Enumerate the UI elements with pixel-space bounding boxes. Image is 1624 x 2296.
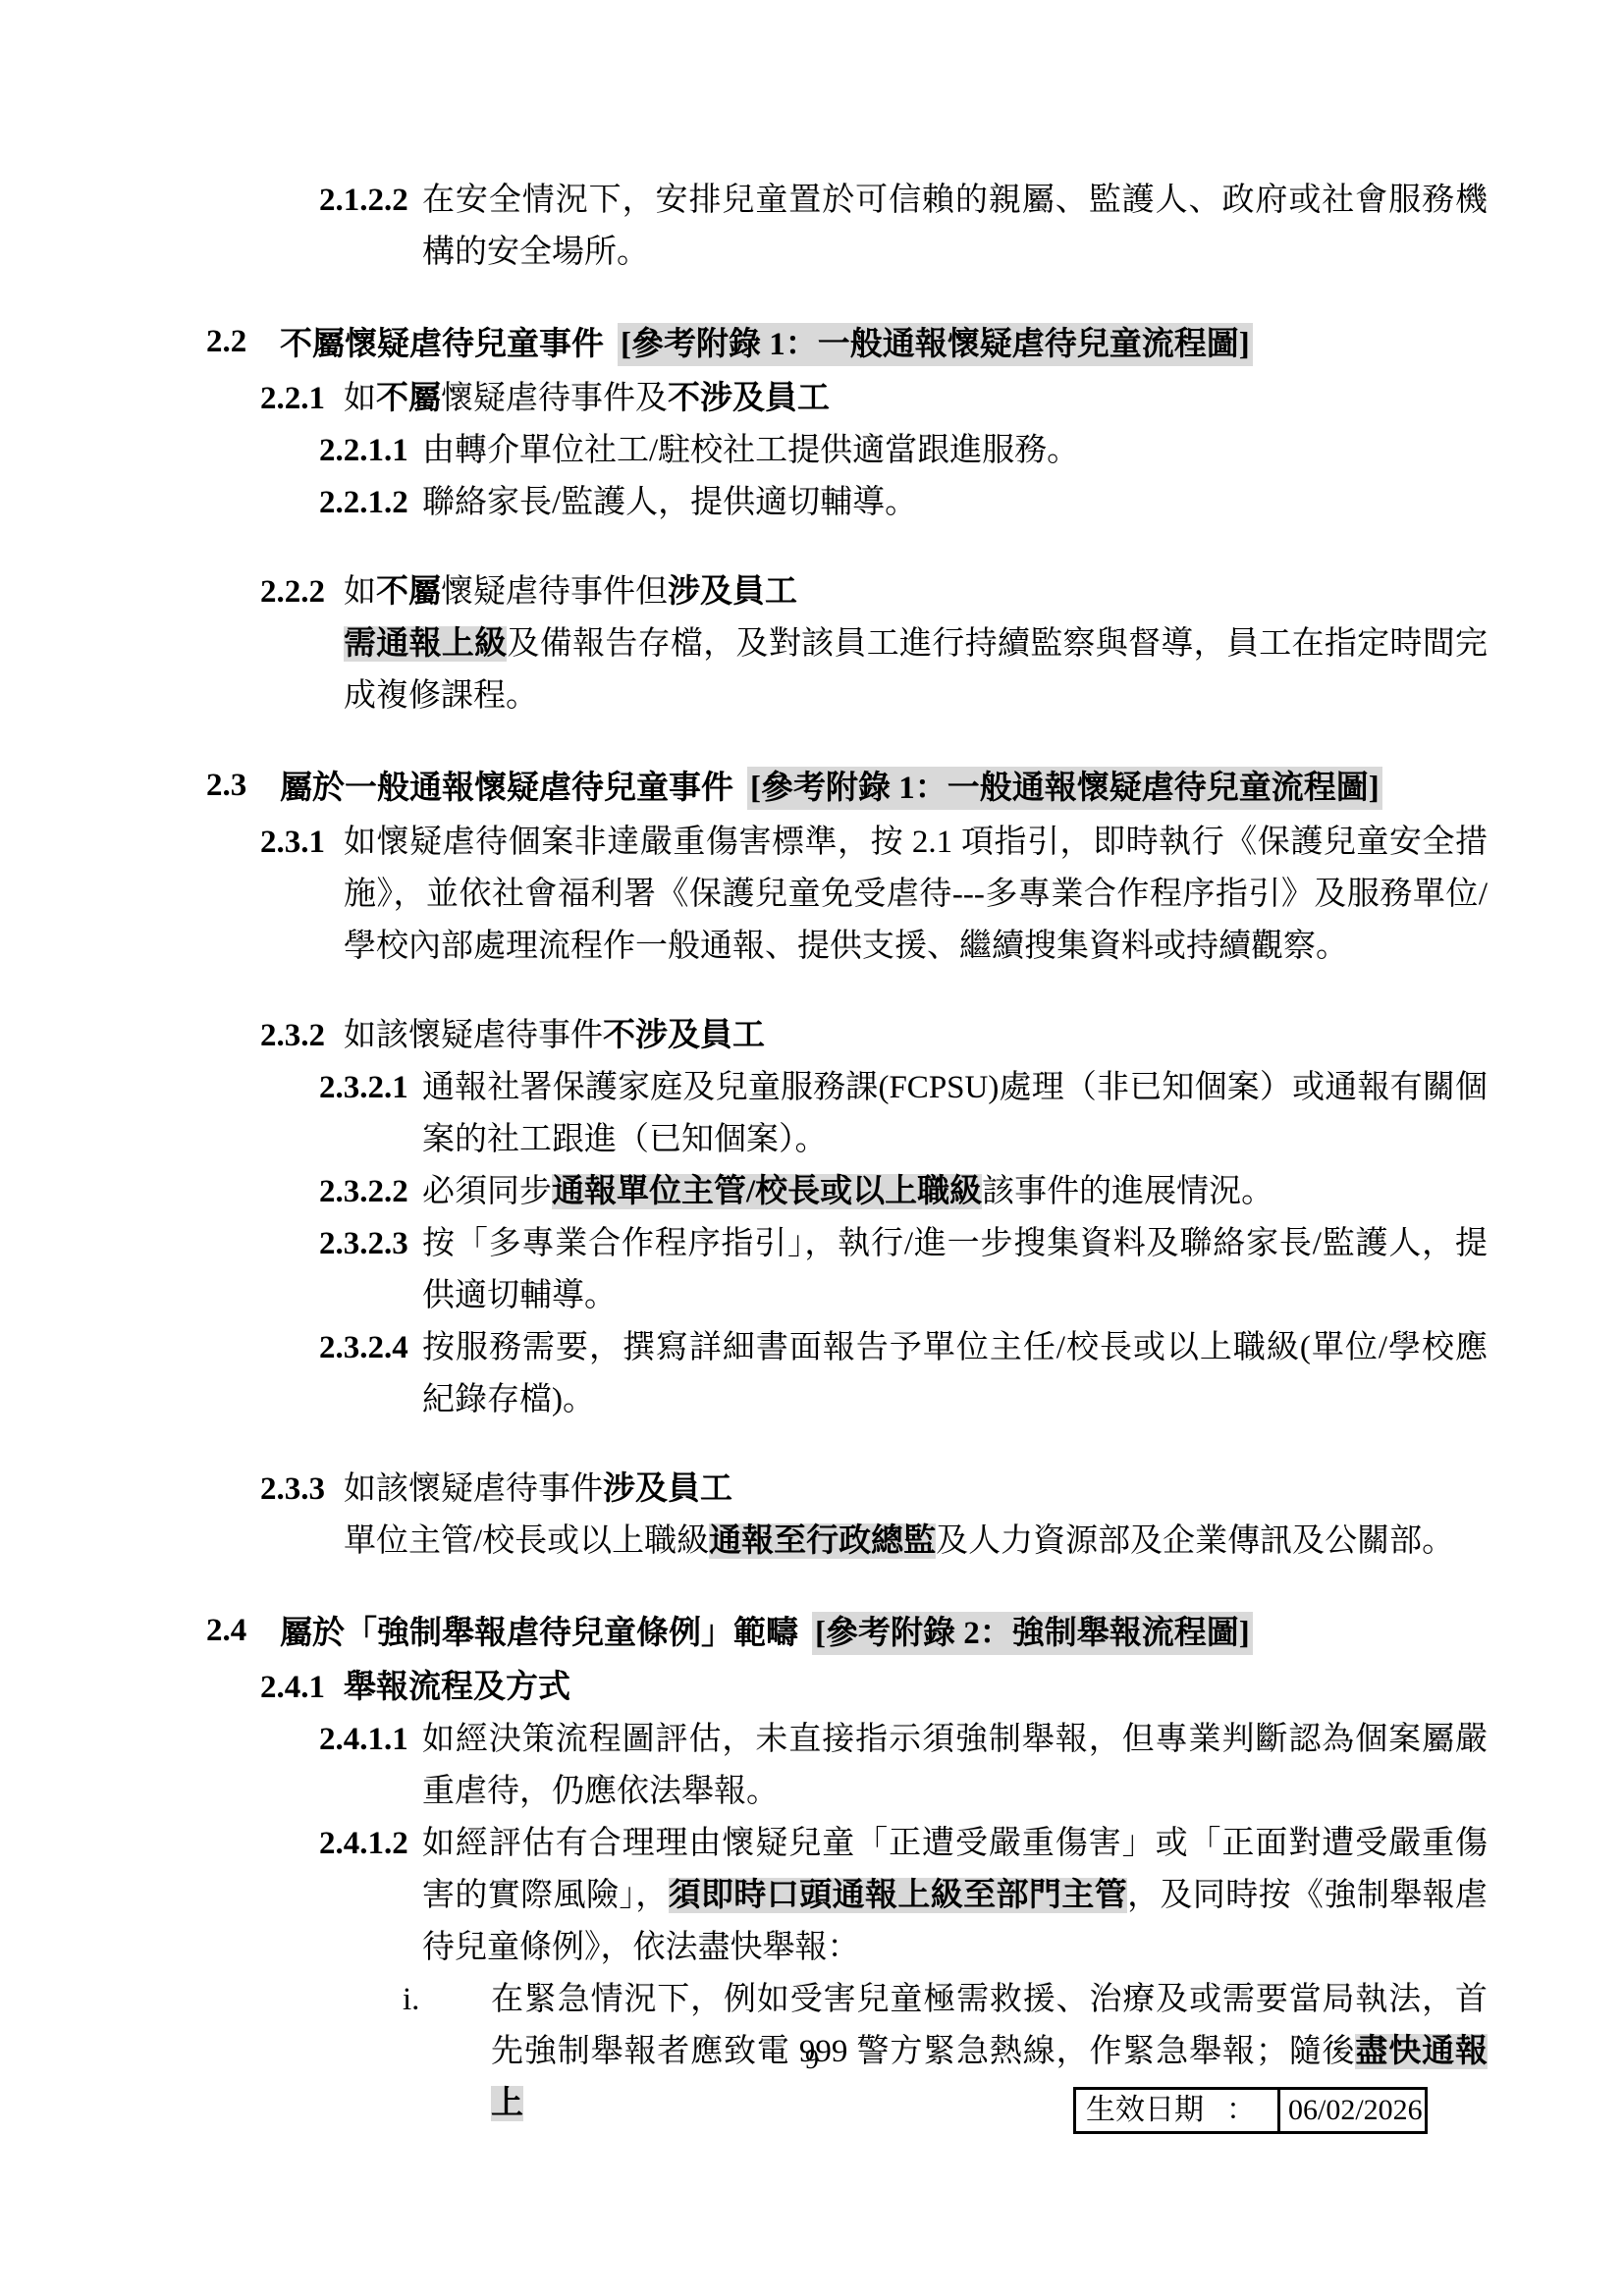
text-segment: 如該懷疑虐待事件 [344, 1471, 603, 1507]
text-segment: 懷疑虐待事件但 [441, 574, 668, 610]
item-text: 如不屬懷疑虐待事件及不涉及員工 [344, 373, 1488, 425]
item-2-3-1: 2.3.1 如懷疑虐待個案非達嚴重傷害標準，按 2.1 項指引，即時執行《保護兒… [260, 817, 1488, 973]
text-segment: 懷疑虐待事件及 [441, 381, 668, 416]
highlighted-phrase: 通報至行政總監 [709, 1523, 936, 1559]
item-text: 在安全情況下，安排兒童置於可信賴的親屬、監護人、政府或社會服務機構的安全場所。 [422, 175, 1488, 279]
text-segment: 由轉介單位社工/駐校社工提供適當跟進服務。 [422, 433, 1079, 468]
item-text: 需通報上級及備報告存檔，及對該員工進行持續監察與督導，員工在指定時間完成複修課程… [344, 618, 1488, 722]
item-2-3-2: 2.3.2 如該懷疑虐待事件不涉及員工 [260, 1010, 1488, 1062]
item-number: 2.1.2.2 [319, 175, 422, 227]
item-number: 2.4.1.2 [319, 1818, 422, 1870]
item-2-2-1: 2.2.1 如不屬懷疑虐待事件及不涉及員工 [260, 373, 1488, 425]
item-number: 2.2.1.2 [319, 477, 422, 529]
appendix-reference: [參考附錄 1：一般通報懷疑虐待兒童流程圖] [618, 323, 1253, 366]
text-segment: 單位主管/校長或以上職級 [344, 1523, 709, 1559]
highlighted-phrase: 需通報上級 [344, 626, 507, 662]
appendix-reference: [參考附錄 1：一般通報懷疑虐待兒童流程圖] [747, 767, 1382, 810]
item-2-3-2-2: 2.3.2.2 必須同步通報單位主管/校長或以上職級該事件的進展情況。 [319, 1166, 1488, 1218]
item-number: 2.4.1 [260, 1662, 344, 1714]
heading-text: 不屬懷疑虐待兒童事件[參考附錄 1：一般通報懷疑虐待兒童流程圖] [280, 316, 1488, 373]
item-2-2-2-continuation: 需通報上級及備報告存檔，及對該員工進行持續監察與督導，員工在指定時間完成複修課程… [344, 618, 1488, 722]
item-number: 2.2.2 [260, 566, 344, 618]
item-2-2-1-1: 2.2.1.1 由轉介單位社工/駐校社工提供適當跟進服務。 [319, 425, 1488, 477]
heading-title: 屬於「強制舉報虐待兒童條例」範疇 [280, 1616, 798, 1651]
text-segment-bold: 不涉及員工 [603, 1018, 765, 1053]
document-page: { "colors": { "highlight": "#d9d9d9", "t… [0, 0, 1624, 2296]
item-text: 通報社署保護家庭及兒童服務課(FCPSU)處理（非已知個案）或通報有關個案的社工… [422, 1062, 1488, 1166]
item-number: 2.2 [206, 316, 280, 368]
text-segment-bold: 舉報流程及方式 [344, 1670, 570, 1705]
item-number: 2.3.2.3 [319, 1218, 422, 1270]
item-number: 2.3.3 [260, 1464, 344, 1516]
text-segment: 按「多專業合作程序指引」，執行/進一步搜集資料及聯絡家長/監護人，提供適切輔導。 [422, 1226, 1488, 1313]
effective-date-label-cell: 生效日期 ： [1076, 2090, 1277, 2131]
item-2-3-2-1: 2.3.2.1 通報社署保護家庭及兒童服務課(FCPSU)處理（非已知個案）或通… [319, 1062, 1488, 1166]
text-segment: 通報社署保護家庭及兒童服務課(FCPSU)處理（非已知個案）或通報有關個案的社工… [422, 1070, 1488, 1157]
text-segment: 及人力資源部及企業傳訊及公關部。 [936, 1523, 1454, 1559]
text-segment-bold: 涉及員工 [668, 574, 797, 610]
item-text: 如經決策流程圖評估，未直接指示須強制舉報，但專業判斷認為個案屬嚴重虐待，仍應依法… [422, 1714, 1488, 1818]
document-body: 2.1.2.2 在安全情況下，安排兒童置於可信賴的親屬、監護人、政府或社會服務機… [0, 175, 1488, 2130]
text-segment: 如 [344, 574, 376, 610]
text-segment: 如懷疑虐待個案非達嚴重傷害標準，按 2.1 項指引，即時執行《保護兒童安全措施》… [344, 825, 1488, 964]
item-2-1-2-2: 2.1.2.2 在安全情況下，安排兒童置於可信賴的親屬、監護人、政府或社會服務機… [319, 175, 1488, 279]
item-2-4-1-1: 2.4.1.1 如經決策流程圖評估，未直接指示須強制舉報，但專業判斷認為個案屬嚴… [319, 1714, 1488, 1818]
item-2-3-2-4: 2.3.2.4 按服務需要，撰寫詳細書面報告予單位主任/校長或以上職級(單位/學… [319, 1322, 1488, 1426]
item-number: 2.3 [206, 760, 280, 812]
item-text: 單位主管/校長或以上職級通報至行政總監及人力資源部及企業傳訊及公關部。 [344, 1516, 1488, 1568]
text-segment: 必須同步 [422, 1174, 552, 1209]
text-segment: 聯絡家長/監護人，提供適切輔導。 [422, 485, 917, 520]
heading-text: 屬於一般通報懷疑虐待兒童事件[參考附錄 1：一般通報懷疑虐待兒童流程圖] [280, 760, 1488, 817]
item-number: 2.2.1 [260, 373, 344, 425]
highlighted-phrase: 通報單位主管/校長或以上職級 [552, 1174, 982, 1209]
item-number: 2.3.1 [260, 817, 344, 869]
heading-text: 屬於「強制舉報虐待兒童條例」範疇[參考附錄 2：強制舉報流程圖] [280, 1605, 1488, 1662]
item-2-2-2: 2.2.2 如不屬懷疑虐待事件但涉及員工 [260, 566, 1488, 618]
heading-title: 不屬懷疑虐待兒童事件 [280, 327, 604, 362]
text-segment-bold: 不涉及員工 [668, 381, 830, 416]
item-text: 如懷疑虐待個案非達嚴重傷害標準，按 2.1 項指引，即時執行《保護兒童安全措施》… [344, 817, 1488, 973]
item-text: 如該懷疑虐待事件不涉及員工 [344, 1010, 1488, 1062]
effective-date-colon: ： [1226, 2090, 1256, 2131]
text-segment: 按服務需要，撰寫詳細書面報告予單位主任/校長或以上職級(單位/學校應紀錄存檔)。 [422, 1330, 1488, 1417]
text-segment: 如 [344, 381, 376, 416]
text-segment-bold: 不屬 [376, 574, 441, 610]
effective-date-value: 06/02/2026 [1288, 2094, 1423, 2126]
effective-date-table: 生效日期 ： 06/02/2026 [1073, 2087, 1428, 2134]
item-2-3-3-continuation: 單位主管/校長或以上職級通報至行政總監及人力資源部及企業傳訊及公關部。 [344, 1516, 1488, 1568]
item-2-3-2-3: 2.3.2.3 按「多專業合作程序指引」，執行/進一步搜集資料及聯絡家長/監護人… [319, 1218, 1488, 1322]
text-segment: 及備報告存檔，及對該員工進行持續監察與督導，員工在指定時間完成複修課程。 [344, 626, 1488, 714]
text-segment-bold: 涉及員工 [603, 1471, 732, 1507]
text-segment: 如該懷疑虐待事件 [344, 1018, 603, 1053]
item-number: 2.3.2.1 [319, 1062, 422, 1114]
item-number: 2.3.2 [260, 1010, 344, 1062]
item-text: 如經評估有合理理由懷疑兒童「正遭受嚴重傷害」或「正面對遭受嚴重傷害的實際風險」，… [422, 1818, 1488, 1974]
item-text: 舉報流程及方式 [344, 1662, 1488, 1714]
item-number: 2.3.2.4 [319, 1322, 422, 1374]
item-text: 如該懷疑虐待事件涉及員工 [344, 1464, 1488, 1516]
heading-2-4: 2.4 屬於「強制舉報虐待兒童條例」範疇[參考附錄 2：強制舉報流程圖] [206, 1605, 1488, 1662]
item-text: 按服務需要，撰寫詳細書面報告予單位主任/校長或以上職級(單位/學校應紀錄存檔)。 [422, 1322, 1488, 1426]
item-number: 2.4 [206, 1605, 280, 1657]
item-number: 2.2.1.1 [319, 425, 422, 477]
item-text: 如不屬懷疑虐待事件但涉及員工 [344, 566, 1488, 618]
item-2-4-1-2: 2.4.1.2 如經評估有合理理由懷疑兒童「正遭受嚴重傷害」或「正面對遭受嚴重傷… [319, 1818, 1488, 1974]
text-segment-bold: 不屬 [376, 381, 441, 416]
item-number: 2.3.2.2 [319, 1166, 422, 1218]
page-number: 9 [0, 2044, 1624, 2077]
item-text: 由轉介單位社工/駐校社工提供適當跟進服務。 [422, 425, 1488, 477]
item-2-2-1-2: 2.2.1.2 聯絡家長/監護人，提供適切輔導。 [319, 477, 1488, 529]
effective-date-label: 生效日期 [1086, 2090, 1204, 2131]
item-number: 2.4.1.1 [319, 1714, 422, 1766]
item-2-4-1: 2.4.1 舉報流程及方式 [260, 1662, 1488, 1714]
text-segment: 在安全情況下，安排兒童置於可信賴的親屬、監護人、政府或社會服務機構的安全場所。 [422, 183, 1488, 270]
text-segment: 該事件的進展情況。 [982, 1174, 1273, 1209]
text-segment: 如經決策流程圖評估，未直接指示須強制舉報，但專業判斷認為個案屬嚴重虐待，仍應依法… [422, 1722, 1488, 1809]
item-2-3-3: 2.3.3 如該懷疑虐待事件涉及員工 [260, 1464, 1488, 1516]
heading-title: 屬於一般通報懷疑虐待兒童事件 [280, 771, 733, 806]
item-text: 聯絡家長/監護人，提供適切輔導。 [422, 477, 1488, 529]
highlighted-phrase: 須即時口頭通報上級至部門主管 [669, 1878, 1127, 1913]
appendix-reference: [參考附錄 2：強制舉報流程圖] [812, 1612, 1253, 1655]
heading-2-2: 2.2 不屬懷疑虐待兒童事件[參考附錄 1：一般通報懷疑虐待兒童流程圖] [206, 316, 1488, 373]
item-text: 按「多專業合作程序指引」，執行/進一步搜集資料及聯絡家長/監護人，提供適切輔導。 [422, 1218, 1488, 1322]
effective-date-value-cell: 06/02/2026 [1277, 2090, 1425, 2131]
item-number: i. [403, 1974, 491, 2026]
heading-2-3: 2.3 屬於一般通報懷疑虐待兒童事件[參考附錄 1：一般通報懷疑虐待兒童流程圖] [206, 760, 1488, 817]
item-text: 必須同步通報單位主管/校長或以上職級該事件的進展情況。 [422, 1166, 1488, 1218]
